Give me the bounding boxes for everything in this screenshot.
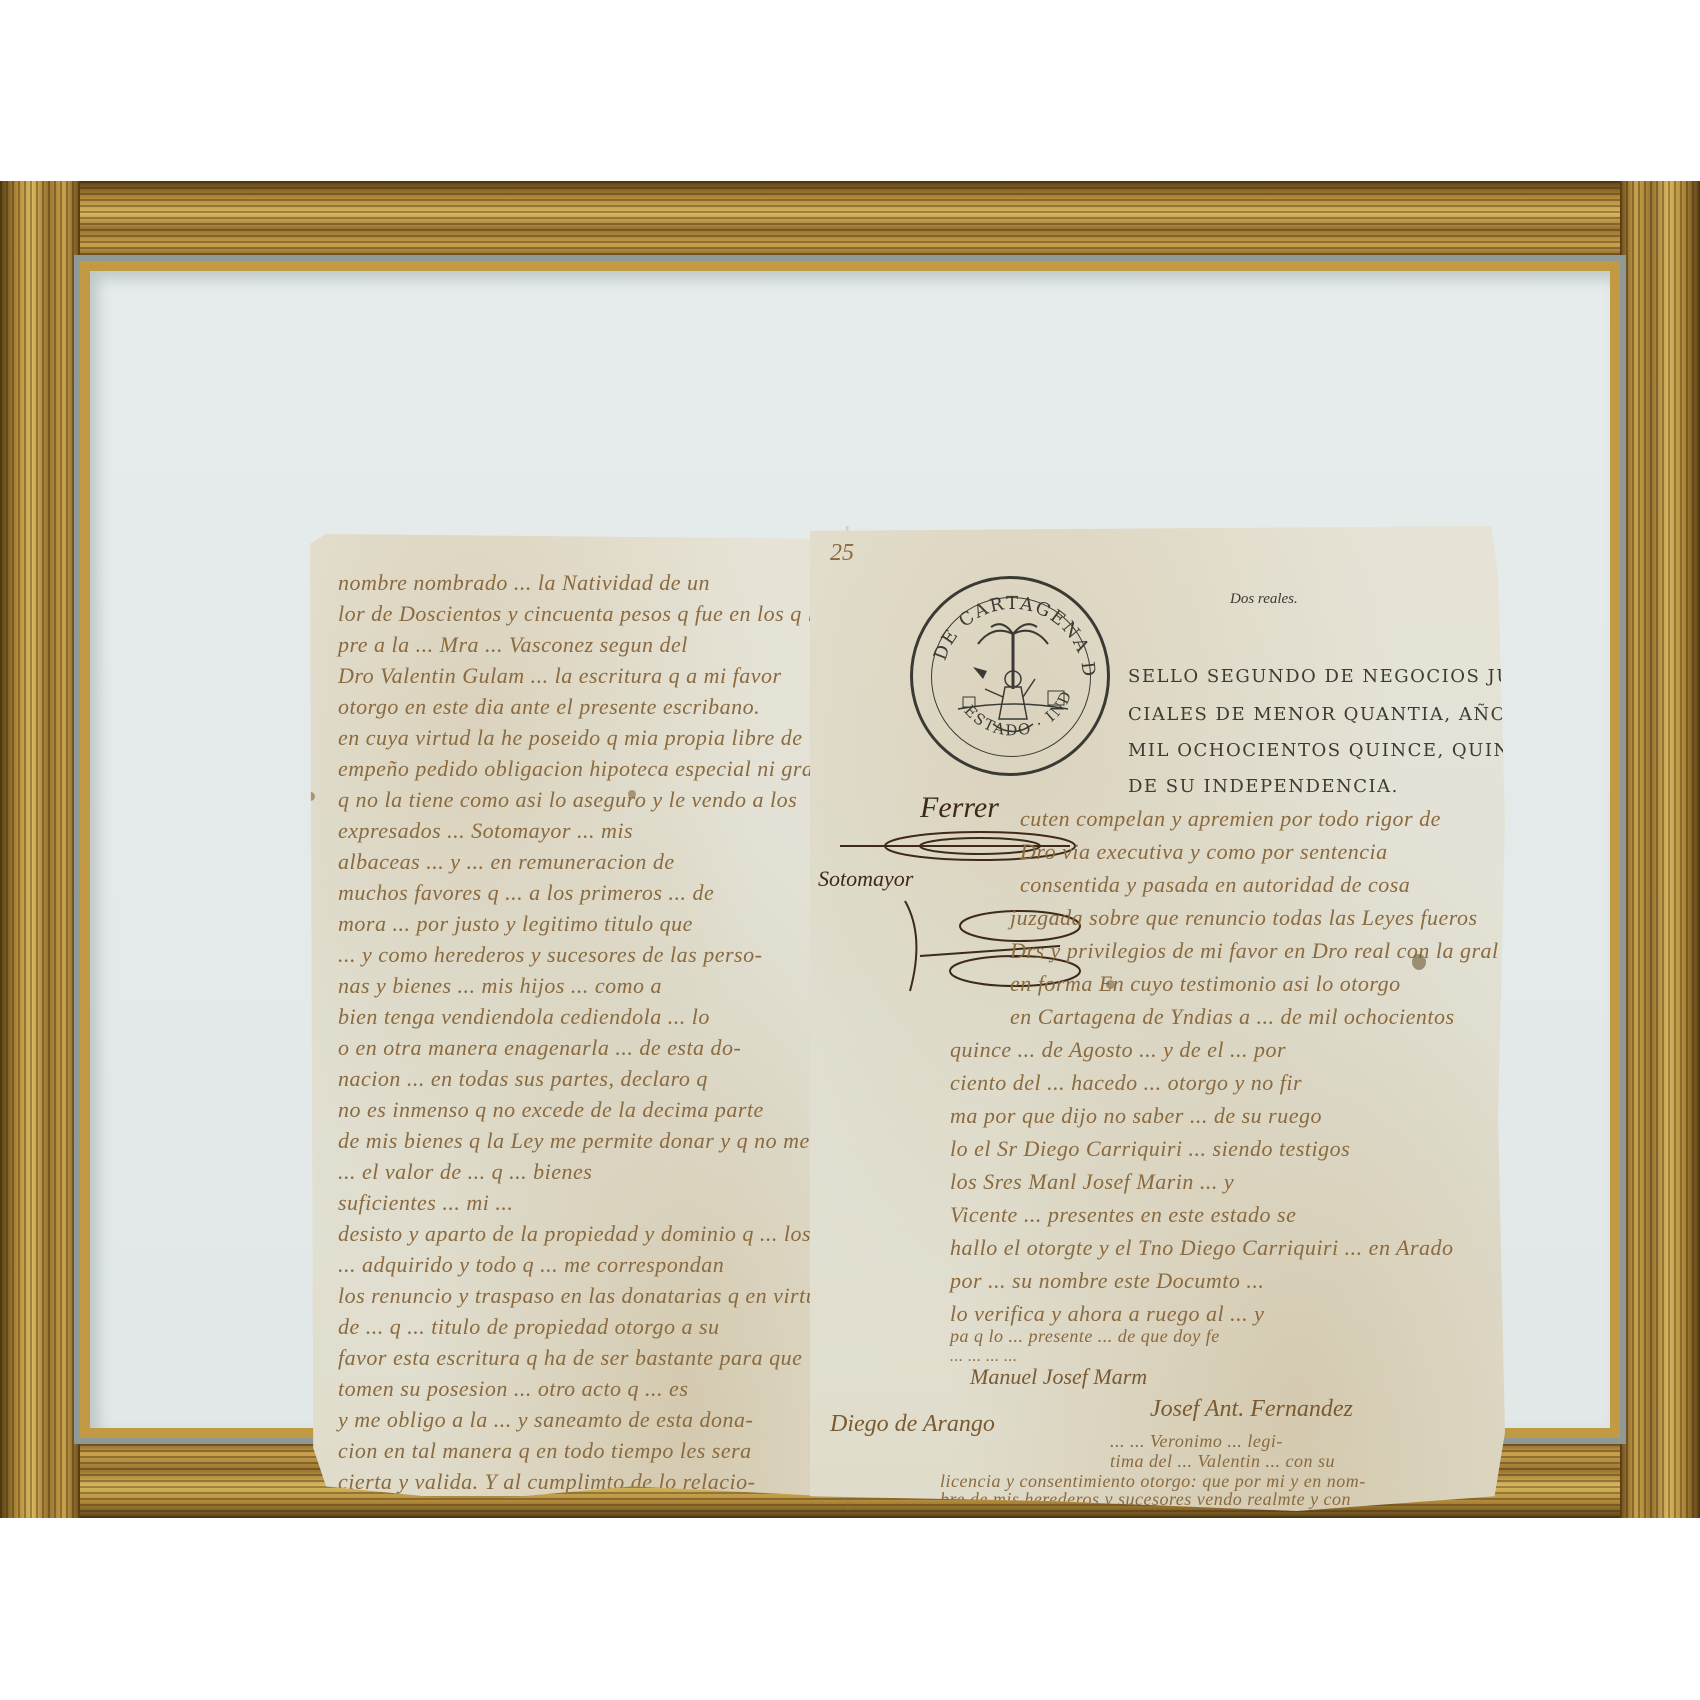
handwritten-line: consentida y pasada en autoridad de cosa — [1020, 872, 1410, 898]
handwritten-line: los renuncio y traspaso en las donataria… — [338, 1283, 829, 1309]
handwritten-line: albaceas ... y ... en remuneracion de — [338, 849, 675, 875]
handwritten-line: empeño pedido obligacion hipoteca especi… — [338, 756, 820, 782]
handwritten-line: favor esta escritura q ha de ser bastant… — [338, 1345, 802, 1371]
handwritten-line: ... el valor de ... q ... bienes — [338, 1159, 592, 1185]
handwritten-line: cierta y valida. Y al cumplimto de lo re… — [338, 1469, 756, 1495]
printed-header-line: CIALES DE MENOR QUANTIA, AÑO DE — [1128, 704, 1545, 725]
frame-left-rail — [0, 181, 80, 1518]
cartagena-seal-icon: DE CARTAGENA DE ESTADO · INDIAS — [910, 576, 1110, 776]
right-leaf: 25 Dos reales. DE CARTAGENA DE ESTADO · … — [810, 526, 1505, 1511]
handwritten-line: o en otra manera enagenarla ... de esta … — [338, 1035, 741, 1061]
frame-right-rail — [1620, 181, 1700, 1518]
handwritten-line: ... ... Veronimo ... legi- — [1110, 1431, 1283, 1452]
handwritten-line: bre de mis herederos y sucesores vendo r… — [940, 1489, 1351, 1510]
svg-text:DE CARTAGENA DE: DE CARTAGENA DE — [913, 579, 1099, 679]
handwritten-line: no es inmenso q no excede de la decima p… — [338, 1097, 764, 1123]
seal-emblem-icon: DE CARTAGENA DE ESTADO · INDIAS — [913, 579, 1113, 779]
handwritten-line: en cuya virtud la he poseido q mia propi… — [338, 725, 803, 751]
stamp-price: Dos reales. — [1230, 591, 1298, 608]
handwritten-line: suficientes ... mi ... — [338, 1190, 513, 1216]
signature-diego-arango: Diego de Arango — [830, 1411, 995, 1438]
folio-number: 25 — [830, 540, 854, 567]
handwritten-line: lor de Doscientos y cincuenta pesos q fu… — [338, 601, 878, 627]
handwritten-line: y me obligo a la ... y saneamto de esta … — [338, 1407, 753, 1433]
handwritten-line: pa q lo ... presente ... de que doy fe — [950, 1326, 1220, 1347]
handwritten-line: juzgada sobre que renuncio todas las Ley… — [1010, 905, 1478, 931]
handwritten-line: cion en tal manera q en todo tiempo les … — [338, 1438, 752, 1464]
handwritten-line: ... adquirido y todo q ... me correspond… — [338, 1252, 724, 1278]
handwritten-line: Vicente ... presentes en este estado se — [950, 1202, 1296, 1228]
handwritten-line: Dro via executiva y como por sentencia — [1020, 839, 1388, 865]
handwritten-line: tima del ... Valentin ... con su — [1110, 1451, 1335, 1472]
handwritten-line: en Cartagena de Yndias a ... de mil ocho… — [1010, 1004, 1455, 1030]
signature-manuel-josef: Manuel Josef Marm — [970, 1364, 1147, 1390]
handwritten-line: mora ... por justo y legitimo titulo que — [338, 911, 693, 937]
handwritten-line: ma por que dijo no saber ... de su ruego — [950, 1103, 1322, 1129]
handwritten-line: muchos favores q ... a los primeros ... … — [338, 880, 714, 906]
handwritten-line: en forma En cuyo testimonio asi lo otorg… — [1010, 971, 1401, 997]
left-leaf: nombre nombrado ... la Natividad de un l… — [310, 534, 846, 1496]
printed-header-line: DE SU INDEPENDENCIA. — [1128, 776, 1399, 797]
handwritten-line: expresados ... Sotomayor ... mis — [338, 818, 633, 844]
picture-frame: ⅓ a nombre nombrado ... la Natividad de … — [0, 181, 1700, 1518]
handwritten-line: cuten compelan y apremien por todo rigor… — [1020, 806, 1441, 832]
handwritten-line: desisto y aparto de la propiedad y domin… — [338, 1221, 811, 1247]
handwritten-line: ciento del ... hacedo ... otorgo y no fi… — [950, 1070, 1302, 1096]
handwritten-line: tomen su posesion ... otro acto q ... es — [338, 1376, 688, 1402]
manuscript: nombre nombrado ... la Natividad de un l… — [310, 526, 1505, 1511]
printed-header-line: SELLO SEGUNDO DE NEGOCIOS JUDI- — [1128, 666, 1545, 687]
ink-spot — [1106, 980, 1115, 989]
water-stain — [1412, 954, 1426, 970]
ink-spot — [628, 790, 636, 798]
handwritten-line: otorgo en este dia ante el presente escr… — [338, 694, 760, 720]
frame-top-rail — [0, 181, 1700, 261]
handwritten-line: lo verifica y ahora a ruego al ... y — [950, 1301, 1264, 1327]
signature-ferrer: Ferrer — [920, 791, 999, 825]
signature-notary: Josef Ant. Fernandez — [1150, 1396, 1353, 1423]
handwritten-line: pre a la ... Mra ... Vasconez segun del — [338, 632, 688, 658]
handwritten-line: hallo el otorgte y el Tno Diego Carriqui… — [950, 1235, 1454, 1261]
handwritten-line: quince ... de Agosto ... y de el ... por — [950, 1037, 1286, 1063]
handwritten-line: q no la tiene como asi lo aseguro y le v… — [338, 787, 797, 813]
handwritten-line: de ... q ... titulo de propiedad otorgo … — [338, 1314, 720, 1340]
handwritten-line: bien tenga vendiendola cediendola ... lo — [338, 1004, 710, 1030]
handwritten-line: Dro Valentin Gulam ... la escritura q a … — [338, 663, 782, 689]
handwritten-line: lo el Sr Diego Carriquiri ... siendo tes… — [950, 1136, 1350, 1162]
handwritten-line: los Sres Manl Josef Marin ... y — [950, 1169, 1234, 1195]
handwritten-line: ... y como herederos y sucesores de las … — [338, 942, 762, 968]
handwritten-line: de mis bienes q la Ley me permite donar … — [338, 1128, 810, 1154]
handwritten-line: por ... su nombre este Documto ... — [950, 1268, 1264, 1294]
handwritten-line: nacion ... en todas sus partes, declaro … — [338, 1066, 708, 1092]
handwritten-line: nas y bienes ... mis hijos ... como a — [338, 973, 662, 999]
handwritten-line: nombre nombrado ... la Natividad de un — [338, 570, 710, 596]
printed-header-line: MIL OCHOCIENTOS QUINCE, QUINTO — [1128, 740, 1540, 761]
